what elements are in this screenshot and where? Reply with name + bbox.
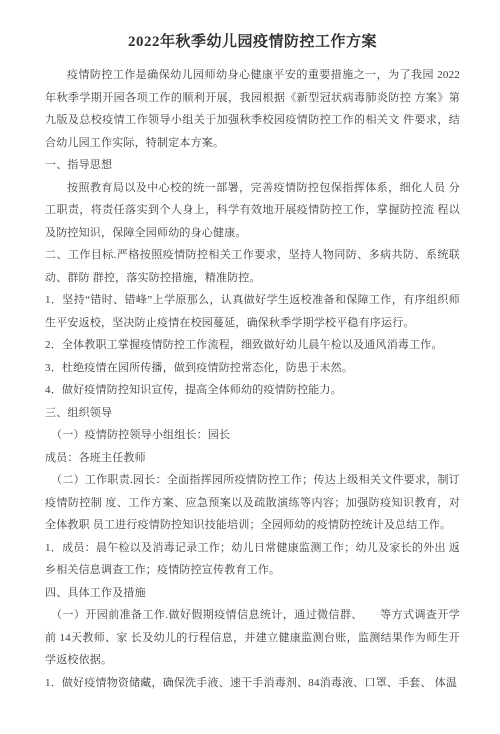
paragraph-duties: （二）工作职责.园长：全面指挥园所疫情防控工作；传达上级相关文件要求，制订疫情防… [45, 469, 460, 537]
paragraph-members: 成员：各班主任教师 [45, 447, 460, 470]
paragraph-leader-group: （一）疫情防控领导小组组长：园长 [45, 424, 460, 447]
section-heading-4: 四、具体工作及措施 [45, 582, 460, 605]
paragraph-goal-item-2: 2．全体教职工掌握疫情防控工作流程，细致做好幼儿晨午检以及通风消毒工作。 [45, 334, 460, 357]
section-heading-2: 二、工作目标.严格按照疫情防控相关工作要求，坚持人物同防、多病共防、系统联动、群… [45, 244, 460, 289]
paragraph-goal-item-3: 3．杜绝疫情在园所传播，做到疫情防控常态化，防患于未然。 [45, 357, 460, 380]
paragraph-goal-item-1: 1．坚持“错时、错峰”上学原那么，认真做好学生返校准备和保障工作，有序组织师生平… [45, 289, 460, 334]
paragraph-goal-item-4: 4．做好疫情防控知识宣传，提高全体师幼的疫情防控能力。 [45, 379, 460, 402]
section-heading-3: 三、组织领导 [45, 402, 460, 425]
paragraph-pre-opening: （一）开园前准备工作.做好假期疫情信息统计，通过微信群、 等方式调查开学前 14… [45, 604, 460, 672]
paragraph-member-duties: 1．成员：晨午检以及消毒记录工作；幼儿日常健康监测工作；幼儿及家长的外出 返乡相… [45, 537, 460, 582]
document-page: 2022年秋季幼儿园疫情防控工作方案 疫情防控工作是确保幼儿园师幼身心健康平安的… [0, 0, 500, 734]
paragraph-intro: 疫情防控工作是确保幼儿园师幼身心健康平安的重要措施之一，为了我园 2022年秋季… [45, 64, 460, 154]
paragraph-supplies: 1．做好疫情物资储藏，确保洗手液、速干手消毒剂、84消毒液、口罩、手套、 体温 [45, 672, 460, 695]
paragraph-guiding-ideology: 按照教育局以及中心校的统一部署，完善疫情防控包保指挥体系，细化人员 分工职责，将… [45, 177, 460, 245]
section-heading-1: 一、指导思想 [45, 154, 460, 177]
document-title: 2022年秋季幼儿园疫情防控工作方案 [45, 30, 460, 54]
